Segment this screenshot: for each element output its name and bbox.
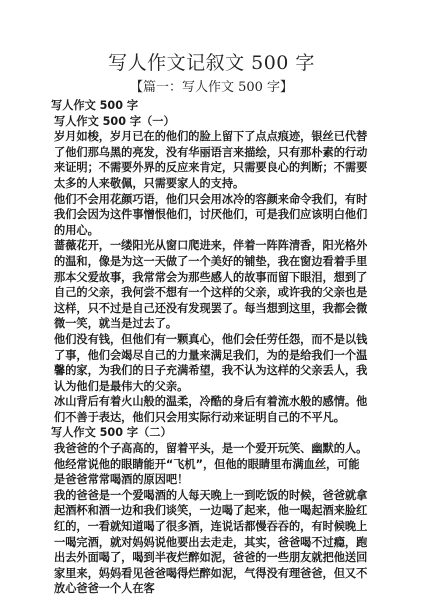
- paragraph: 蔷薇花开，一缕阳光从窗口爬进来，伴着一阵阵清香，阳光格外的温和，像是为这一天做了…: [51, 238, 369, 332]
- paragraph: 冰山背后有着火山般的温柔，冷酷的身后有着流水般的感情。他们不善于表达，他们只会用…: [51, 394, 369, 425]
- document-subtitle: 【篇一：写人作文 500 字】: [0, 76, 423, 95]
- document-title: 写人作文记叙文 500 字: [0, 48, 423, 75]
- paragraph: 岁月如梭，岁月已在的他们的脸上留下了点点痕迹，银丝已代替了他们那乌黑的亮发，没有…: [51, 129, 369, 191]
- document-body: 写人作文 500 字 写人作文 500 字（一） 岁月如梭，岁月已在的他们的脸上…: [51, 98, 369, 597]
- paragraph: 我的爸爸是一个爱喝酒的人每天晚上一到吃饭的时候，爸爸就拿起酒杯和酒一边和我们谈笑…: [51, 488, 369, 597]
- section-main-heading: 写人作文 500 字: [51, 98, 369, 114]
- paragraph: 他们没有钱，但他们有一颗真心，他们会任劳任怨，而不是以钱了事，他们会竭尽自己的力…: [51, 332, 369, 394]
- section-heading: 写人作文 500 字（二）: [51, 425, 369, 441]
- paragraph: 他们不会用花颜巧语，他们只会用冰冷的容颜来命令我们，有时我们会因为这件事憎恨他们…: [51, 192, 369, 239]
- section-heading: 写人作文 500 字（一）: [51, 114, 369, 130]
- document-page: 写人作文记叙文 500 字 【篇一：写人作文 500 字】 写人作文 500 字…: [0, 0, 423, 600]
- paragraph: 我爸爸的个子高高的，留着平头，是一个爱开玩笑、幽默的人。他经常说他的眼睛能开“飞…: [51, 441, 369, 488]
